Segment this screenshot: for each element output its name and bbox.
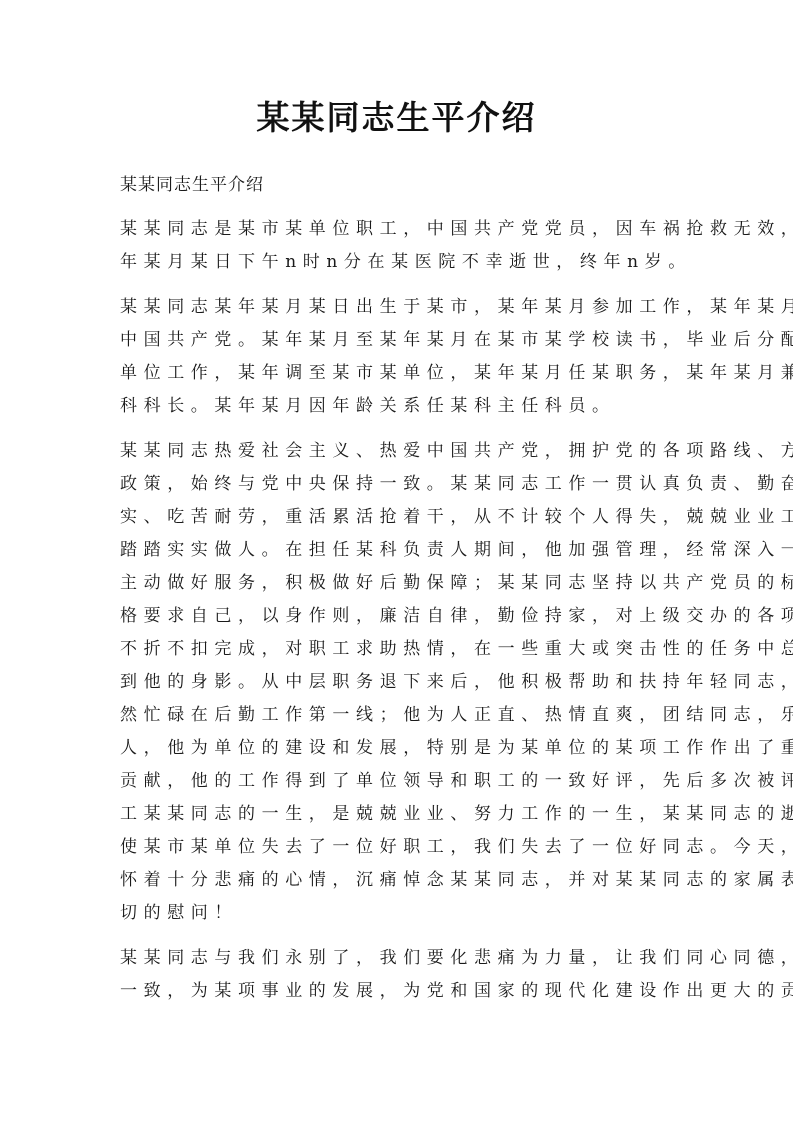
document-title: 某某同志生平介绍 <box>0 92 793 139</box>
text-line: 人，他为单位的建设和发展，特别是为某单位的某项工作作出了重要的 <box>120 732 680 765</box>
text-line: 到他的身影。从中层职务退下来后，他积极帮助和扶持年轻同志，并仍 <box>120 666 680 699</box>
text-line: 年某月某日下午n时n分在某医院不幸逝世，终年n岁。 <box>120 246 680 279</box>
text-line: 实、吃苦耐劳，重活累活抢着干，从不计较个人得失，兢兢业业工作， <box>120 501 680 534</box>
text-line: 某某同志某年某月某日出生于某市，某年某月参加工作，某年某月加入 <box>120 291 680 324</box>
text-line: 主动做好服务，积极做好后勤保障；某某同志坚持以共产党员的标准严 <box>120 567 680 600</box>
text-line: 政策，始终与党中央保持一致。某某同志工作一贯认真负责、勤奋踏 <box>120 468 680 501</box>
text-line: 某某同志与我们永别了，我们要化悲痛为力量，让我们同心同德，团结 <box>120 942 680 975</box>
document-page: 某某同志生平介绍 某某同志生平介绍 某某同志是某市某单位职工，中国共产党党员，因… <box>0 0 793 1122</box>
text-line: 科科长。某年某月因年龄关系任某科主任科员。 <box>120 390 680 423</box>
text-line: 使某市某单位失去了一位好职工，我们失去了一位好同志。今天，我们 <box>120 831 680 864</box>
text-line: 格要求自己，以身作则，廉洁自律，勤俭持家，对上级交办的各项任务 <box>120 600 680 633</box>
text-line: 某某同志是某市某单位职工，中国共产党党员，因车祸抢救无效，于某 <box>120 213 680 246</box>
text-line: 切的慰问！ <box>120 897 680 930</box>
text-line: 中国共产党。某年某月至某年某月在某市某学校读书，毕业后分配到某 <box>120 324 680 357</box>
text-line: 不折不扣完成，对职工求助热情，在一些重大或突击性的任务中总能见 <box>120 633 680 666</box>
text-line: 然忙碌在后勤工作第一线；他为人正直、热情直爽，团结同志，乐以助 <box>120 699 680 732</box>
text-line: 工某某同志的一生，是兢兢业业、努力工作的一生，某某同志的逝世， <box>120 798 680 831</box>
text-line: 某某同志热爱社会主义、热爱中国共产党，拥护党的各项路线、方针、 <box>120 435 680 468</box>
text-line: 怀着十分悲痛的心情，沉痛悼念某某同志，并对某某同志的家属表示深 <box>120 864 680 897</box>
document-body: 某某同志生平介绍 某某同志是某市某单位职工，中国共产党党员，因车祸抢救无效，于某… <box>120 170 680 1020</box>
paragraph-2: 某某同志某年某月某日出生于某市，某年某月参加工作，某年某月加入 中国共产党。某年… <box>120 291 680 423</box>
paragraph-4: 某某同志与我们永别了，我们要化悲痛为力量，让我们同心同德，团结 一致，为某项事业… <box>120 942 680 1008</box>
text-line: 单位工作，某年调至某市某单位，某年某月任某职务，某年某月兼任某 <box>120 357 680 390</box>
text-line: 贡献，他的工作得到了单位领导和职工的一致好评，先后多次被评先进 <box>120 765 680 798</box>
text-line: 踏踏实实做人。在担任某科负责人期间，他加强管理，经常深入一线， <box>120 534 680 567</box>
text-line: 一致，为某项事业的发展，为党和国家的现代化建设作出更大的贡献！ <box>120 975 680 1008</box>
document-subtitle: 某某同志生平介绍 <box>120 170 680 200</box>
paragraph-1: 某某同志是某市某单位职工，中国共产党党员，因车祸抢救无效，于某 年某月某日下午n… <box>120 213 680 279</box>
paragraph-3: 某某同志热爱社会主义、热爱中国共产党，拥护党的各项路线、方针、 政策，始终与党中… <box>120 435 680 930</box>
